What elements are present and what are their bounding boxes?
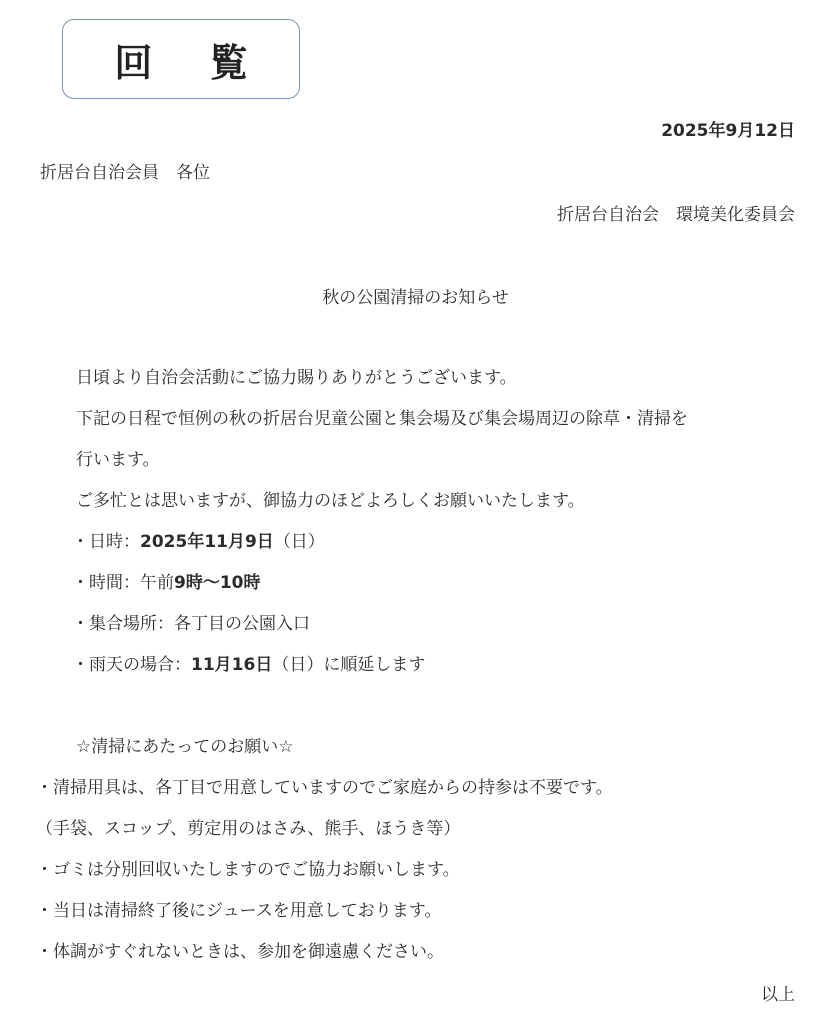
kairan-label: 回 覧 bbox=[114, 32, 269, 87]
detail-datetime: ・日時：2025年11月9日（日） bbox=[72, 527, 325, 552]
intro-line-1: 日頃より自治会活動にご協力賜りありがとうございます。 bbox=[76, 363, 517, 388]
document-date: 2025年9月12日 bbox=[661, 116, 795, 141]
sender: 折居台自治会 環境美化委員会 bbox=[557, 200, 795, 225]
detail-rain-suffix: （日）に順延します bbox=[272, 655, 425, 675]
closing-mark: 以上 bbox=[761, 980, 795, 1005]
kairan-stamp-box: 回 覧 bbox=[62, 19, 300, 99]
detail-time-prefix: 午前 bbox=[140, 573, 174, 593]
detail-meeting-place-value: 各丁目の公園入口 bbox=[174, 614, 310, 634]
request-item-3: ・ゴミは分別回収いたしますのでご協力お願いします。 bbox=[36, 855, 460, 880]
request-item-2: （手袋、スコップ、剪定用のはさみ、熊手、ほうき等） bbox=[36, 814, 460, 839]
detail-meeting-place: ・集合場所：各丁目の公園入口 bbox=[72, 609, 310, 634]
detail-datetime-value: 2025年11月9日 bbox=[140, 532, 274, 552]
detail-time: ・時間：午前9時～10時 bbox=[72, 568, 261, 593]
request-item-4: ・当日は清掃終了後にジュースを用意しております。 bbox=[36, 896, 441, 921]
detail-time-label: ・時間： bbox=[72, 573, 140, 593]
requests-heading: ☆清掃にあたってのお願い☆ bbox=[76, 732, 293, 757]
detail-datetime-suffix: （日） bbox=[274, 532, 325, 552]
detail-rain: ・雨天の場合：11月16日（日）に順延します bbox=[72, 650, 425, 675]
request-item-1: ・清掃用具は、各丁目で用意していますのでご家庭からの持参は不要です。 bbox=[36, 773, 613, 798]
intro-line-2: 下記の日程で恒例の秋の折居台児童公園と集会場及び集会場周辺の除草・清掃を bbox=[76, 404, 688, 429]
detail-rain-value: 11月16日 bbox=[191, 655, 272, 675]
intro-line-4: ご多忙とは思いますが、御協力のほどよろしくお願いいたします。 bbox=[76, 486, 585, 511]
detail-datetime-label: ・日時： bbox=[72, 532, 140, 552]
intro-line-3: 行います。 bbox=[76, 445, 160, 470]
recipient: 折居台自治会員 各位 bbox=[40, 158, 210, 183]
detail-time-value: 9時～10時 bbox=[174, 573, 261, 593]
document-title: 秋の公園清掃のお知らせ bbox=[0, 283, 831, 308]
detail-meeting-place-label: ・集合場所： bbox=[72, 614, 174, 634]
detail-rain-label: ・雨天の場合： bbox=[72, 655, 191, 675]
request-item-5: ・体調がすぐれないときは、参加を御遠慮ください。 bbox=[36, 937, 444, 962]
